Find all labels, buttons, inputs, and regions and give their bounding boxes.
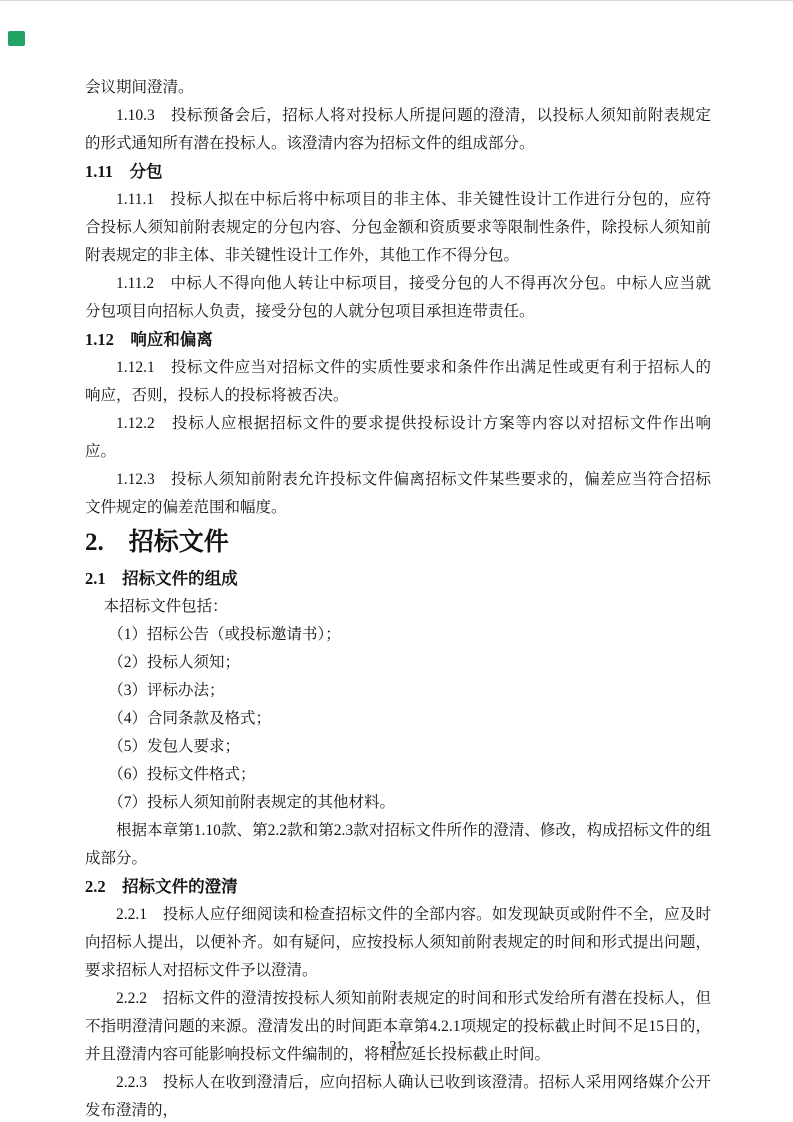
document-page: 会议期间澄清。 1.10.3 投标预备会后，招标人将对投标人所提问题的澄清，以投…: [0, 0, 793, 1122]
clause-paragraph-1-10-3: 1.10.3 投标预备会后，招标人将对投标人所提问题的澄清，以投标人须知前附表规…: [85, 102, 711, 158]
clause-paragraph-1-12-2: 1.12.2 投标人应根据招标文件的要求提供投标设计方案等内容以对招标文件作出响…: [85, 410, 711, 466]
page-number: - 31 -: [0, 1039, 793, 1055]
list-item-6: （6）投标文件格式；: [85, 761, 711, 789]
list-item-4: （4）合同条款及格式；: [85, 705, 711, 733]
section-heading-2-2: 2.2 招标文件的澄清: [85, 873, 711, 901]
section-heading-2-1: 2.1 招标文件的组成: [85, 565, 711, 593]
closing-paragraph-2-1: 根据本章第1.10款、第2.2款和第2.3款对招标文件所作的澄清、修改，构成招标…: [85, 817, 711, 873]
clause-paragraph-1-12-3: 1.12.3 投标人须知前附表允许投标文件偏离招标文件某些要求的，偏差应当符合招…: [85, 466, 711, 522]
list-item-2: （2）投标人须知；: [85, 649, 711, 677]
corner-marker-icon: [8, 31, 25, 46]
clause-paragraph-2-2-1: 2.2.1 投标人应仔细阅读和检查招标文件的全部内容。如发现缺页或附件不全，应及…: [85, 901, 711, 985]
list-item-3: （3）评标办法；: [85, 677, 711, 705]
clause-paragraph-1-11-1: 1.11.1 投标人拟在中标后将中标项目的非主体、非关键性设计工作进行分包的，应…: [85, 186, 711, 270]
lead-in-line: 本招标文件包括：: [85, 593, 711, 621]
list-item-7: （7）投标人须知前附表规定的其他材料。: [85, 789, 711, 817]
clause-paragraph-2-2-2: 2.2.2 招标文件的澄清按投标人须知前附表规定的时间和形式发给所有潜在投标人，…: [85, 985, 711, 1069]
list-item-5: （5）发包人要求；: [85, 733, 711, 761]
section-heading-1-11: 1.11 分包: [85, 158, 711, 186]
list-item-1: （1）招标公告（或投标邀请书）；: [85, 621, 711, 649]
clause-paragraph-2-2-3: 2.2.3 投标人在收到澄清后，应向招标人确认已收到该澄清。招标人采用网络媒介公…: [85, 1069, 711, 1122]
section-heading-1-12: 1.12 响应和偏离: [85, 326, 711, 354]
clause-paragraph-1-12-1: 1.12.1 投标文件应当对招标文件的实质性要求和条件作出满足性或更有利于招标人…: [85, 354, 711, 410]
chapter-heading-2: 2. 招标文件: [85, 526, 711, 560]
continued-paragraph: 会议期间澄清。: [85, 74, 711, 102]
clause-paragraph-1-11-2: 1.11.2 中标人不得向他人转让中标项目，接受分包的人不得再次分包。中标人应当…: [85, 270, 711, 326]
document-content: 会议期间澄清。 1.10.3 投标预备会后，招标人将对投标人所提问题的澄清，以投…: [85, 74, 711, 1122]
